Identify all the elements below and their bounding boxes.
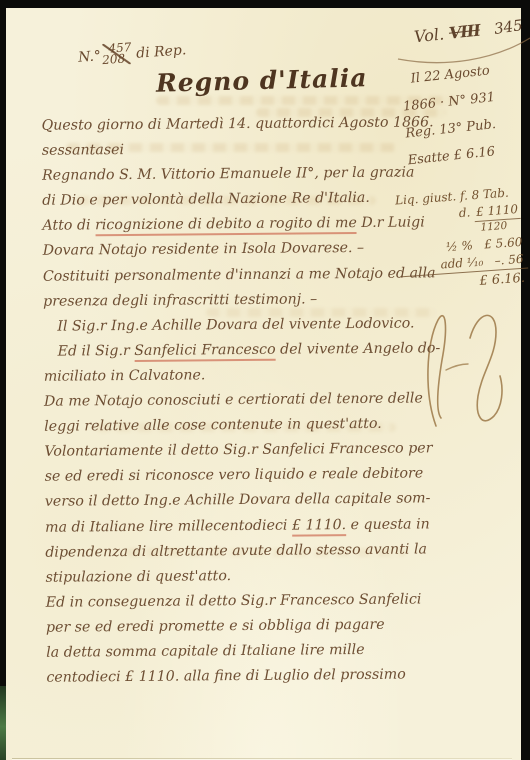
repertory-suffix: di Rep. xyxy=(136,42,187,61)
body-text: sessantasei xyxy=(42,142,124,159)
body-line: Questo giorno di Martedì 14. quattordici… xyxy=(41,110,441,139)
body-line: Il Sig.r Ing.e Achille Dovara del vivent… xyxy=(43,311,443,340)
body-text: D.r Luigi xyxy=(357,215,425,232)
body-line: dipendenza di altrettante avute dallo st… xyxy=(45,537,445,566)
body-text: Atto di xyxy=(42,218,95,234)
body-line: stipulazione di quest'atto. xyxy=(45,562,445,591)
document-scan: N.°457208 di Rep. Regno d'Italia Vol. VI… xyxy=(0,0,530,760)
body-line: Dovara Notajo residente in Isola Dovares… xyxy=(43,236,443,265)
body-text: Da me Notajo conosciuti e certiorati del… xyxy=(44,390,423,409)
body-line: presenza degli infrascritti testimonj. – xyxy=(43,286,443,315)
repertory-number: N.°457208 di Rep. xyxy=(77,38,187,68)
repertory-denominator: 208 xyxy=(102,54,126,67)
fee-rate-label: ½ % xyxy=(446,238,474,254)
body-text: del vivente Angelo do- xyxy=(276,340,441,357)
body-line: Ed in conseguenza il detto Sig.r Frances… xyxy=(46,587,446,616)
document-body: Questo giorno di Martedì 14. quattordici… xyxy=(41,110,446,691)
red-underlined-text: ricognizione di debito a rogito di me xyxy=(95,215,357,236)
body-text: Regnando S. M. Vittorio Emanuele II°, pe… xyxy=(42,165,415,184)
body-line: la detta somma capitale di Italiane lire… xyxy=(46,637,446,666)
fee-addition-label: add ⅒ xyxy=(440,255,484,272)
body-line: Atto di ricognizione di debito a rogito … xyxy=(42,211,442,240)
body-text: Costituiti personalmente d'innanzi a me … xyxy=(43,265,436,284)
document-title: Regno d'Italia xyxy=(156,63,368,98)
body-line: centodieci £ 1110. alla fine di Luglio d… xyxy=(46,662,446,691)
body-line: sessantasei xyxy=(42,135,442,164)
body-text: stipulazione di quest'atto. xyxy=(45,568,231,586)
red-underlined-text: Sanfelici Francesco xyxy=(134,342,276,362)
body-text: Dovara Notajo residente in Isola Dovares… xyxy=(43,240,365,259)
body-line: per se ed eredi promette e si obbliga di… xyxy=(46,612,446,641)
body-line: verso il detto Ing.e Achille Dovara dell… xyxy=(45,487,445,516)
repertory-prefix: N.° xyxy=(78,48,102,66)
body-text: miciliato in Calvatone. xyxy=(44,367,206,384)
body-line: leggi relative alle cose contenute in qu… xyxy=(44,411,444,440)
body-line: se ed eredi si riconosce vero liquido e … xyxy=(45,462,445,491)
body-line: Costituiti personalmente d'innanzi a me … xyxy=(43,261,443,290)
body-text: di Dio e per volontà della Nazione Re d'… xyxy=(42,190,370,209)
body-text: e questa in xyxy=(346,516,430,533)
body-line: di Dio e per volontà della Nazione Re d'… xyxy=(42,186,442,215)
body-line: Da me Notajo conosciuti e certiorati del… xyxy=(44,386,444,415)
fee-rate-amount: £ 5.60 xyxy=(484,235,523,252)
body-text: ma di Italiane lire millecentodieci xyxy=(45,517,292,535)
fee-base-label: d. xyxy=(458,205,470,220)
body-text: centodieci £ 1110. alla fine di Luglio d… xyxy=(46,667,405,686)
red-underlined-text: £ 1110. xyxy=(292,517,346,536)
body-text: leggi relative alle cose contenute in qu… xyxy=(44,416,382,435)
body-line: Regnando S. M. Vittorio Emanuele II°, pe… xyxy=(42,160,442,189)
body-text: dipendenza di altrettante avute dallo st… xyxy=(45,541,427,560)
paper-sheet: N.°457208 di Rep. Regno d'Italia Vol. VI… xyxy=(6,8,521,760)
repertory-fraction: 457208 xyxy=(102,42,130,66)
body-line: Volontariamente il detto Sig.r Sanfelici… xyxy=(44,436,444,465)
body-text: Ed in conseguenza il detto Sig.r Frances… xyxy=(46,591,422,610)
fee-addition-amount: –. 56 xyxy=(494,252,524,268)
body-text: per se ed eredi promette e si obbliga di… xyxy=(46,617,385,636)
body-line: ma di Italiane lire millecentodieci £ 11… xyxy=(45,512,445,541)
body-text: se ed eredi si riconosce vero liquido e … xyxy=(45,466,424,485)
body-text: la detta somma capitale di Italiane lire… xyxy=(46,642,365,661)
body-text: presenza degli infrascritti testimonj. – xyxy=(43,291,317,309)
body-line: Ed il Sig.r Sanfelici Francesco del vive… xyxy=(43,336,443,365)
body-text: Questo giorno di Martedì 14. quattordici… xyxy=(42,114,434,133)
scan-edge-strip xyxy=(0,686,6,760)
body-text: verso il detto Ing.e Achille Dovara dell… xyxy=(45,491,431,510)
body-text: Il Sig.r Ing.e Achille Dovara del vivent… xyxy=(57,315,414,334)
body-text: Volontariamente il detto Sig.r Sanfelici… xyxy=(44,441,432,460)
body-line: miciliato in Calvatone. xyxy=(44,361,444,390)
body-text: Ed il Sig.r xyxy=(57,343,134,360)
